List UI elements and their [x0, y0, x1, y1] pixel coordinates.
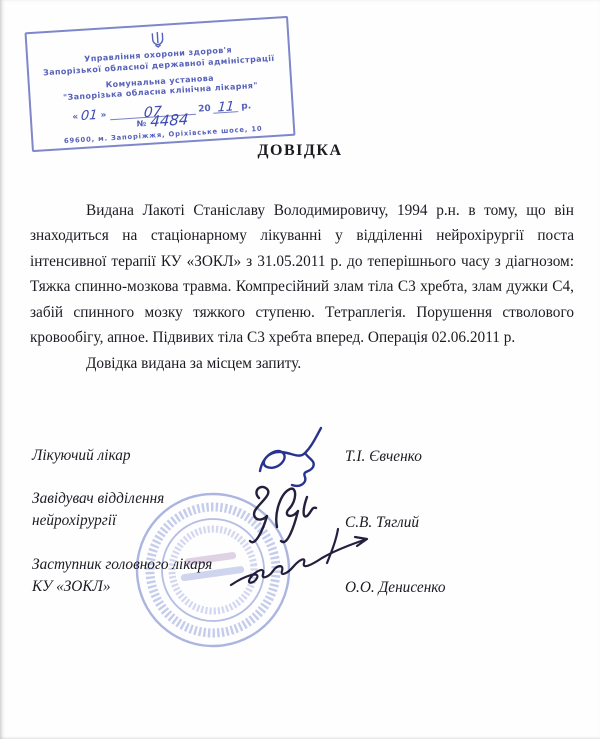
stamp-handwritten-day: 01	[81, 111, 98, 122]
signature-name: Т.І. Євченко	[345, 448, 422, 466]
signature-role: Заступник головного лікаря КУ «ЗОКЛ»	[32, 554, 212, 598]
ukraine-trident-emblem-icon	[149, 31, 165, 49]
stamp-handwritten-number: 4484	[150, 115, 189, 125]
signature-row-deputy-chief: Заступник головного лікаря КУ «ЗОКЛ» О.О…	[32, 554, 574, 598]
signature-role: Завідувач відділення нейрохірургії	[32, 488, 164, 532]
signature-role: Лікуючий лікар	[32, 445, 131, 467]
scanned-medical-certificate: Управління охорони здоров'я Запорізької …	[0, 0, 600, 739]
signature-name: С.В. Тяглий	[345, 514, 419, 532]
document-body: Видана Лакоті Станіславу Володимировичу,…	[30, 198, 574, 377]
stamp-date-open-quote: «	[72, 112, 78, 122]
signature-block: Лікуючий лікар Т.І. Євченко Завідувач ві…	[32, 445, 574, 619]
stamp-date-suffix: р.	[241, 102, 251, 113]
body-paragraph-issued: Довідка видана за місцем запиту.	[30, 351, 574, 376]
body-paragraph-main: Видана Лакоті Станіславу Володимировичу,…	[30, 198, 574, 350]
signature-row-attending-doctor: Лікуючий лікар Т.І. Євченко	[32, 445, 574, 467]
stamp-year-prefix: 20	[198, 104, 211, 115]
signature-row-department-head: Завідувач відділення нейрохірургії С.В. …	[32, 488, 574, 532]
institution-stamp: Управління охорони здоров'я Запорізької …	[24, 16, 295, 153]
stamp-date-close-quote: »	[100, 111, 106, 121]
stamp-handwritten-year: 11	[213, 102, 238, 114]
document-title: ДОВІДКА	[0, 142, 600, 160]
signature-name: О.О. Денисенко	[345, 579, 446, 597]
